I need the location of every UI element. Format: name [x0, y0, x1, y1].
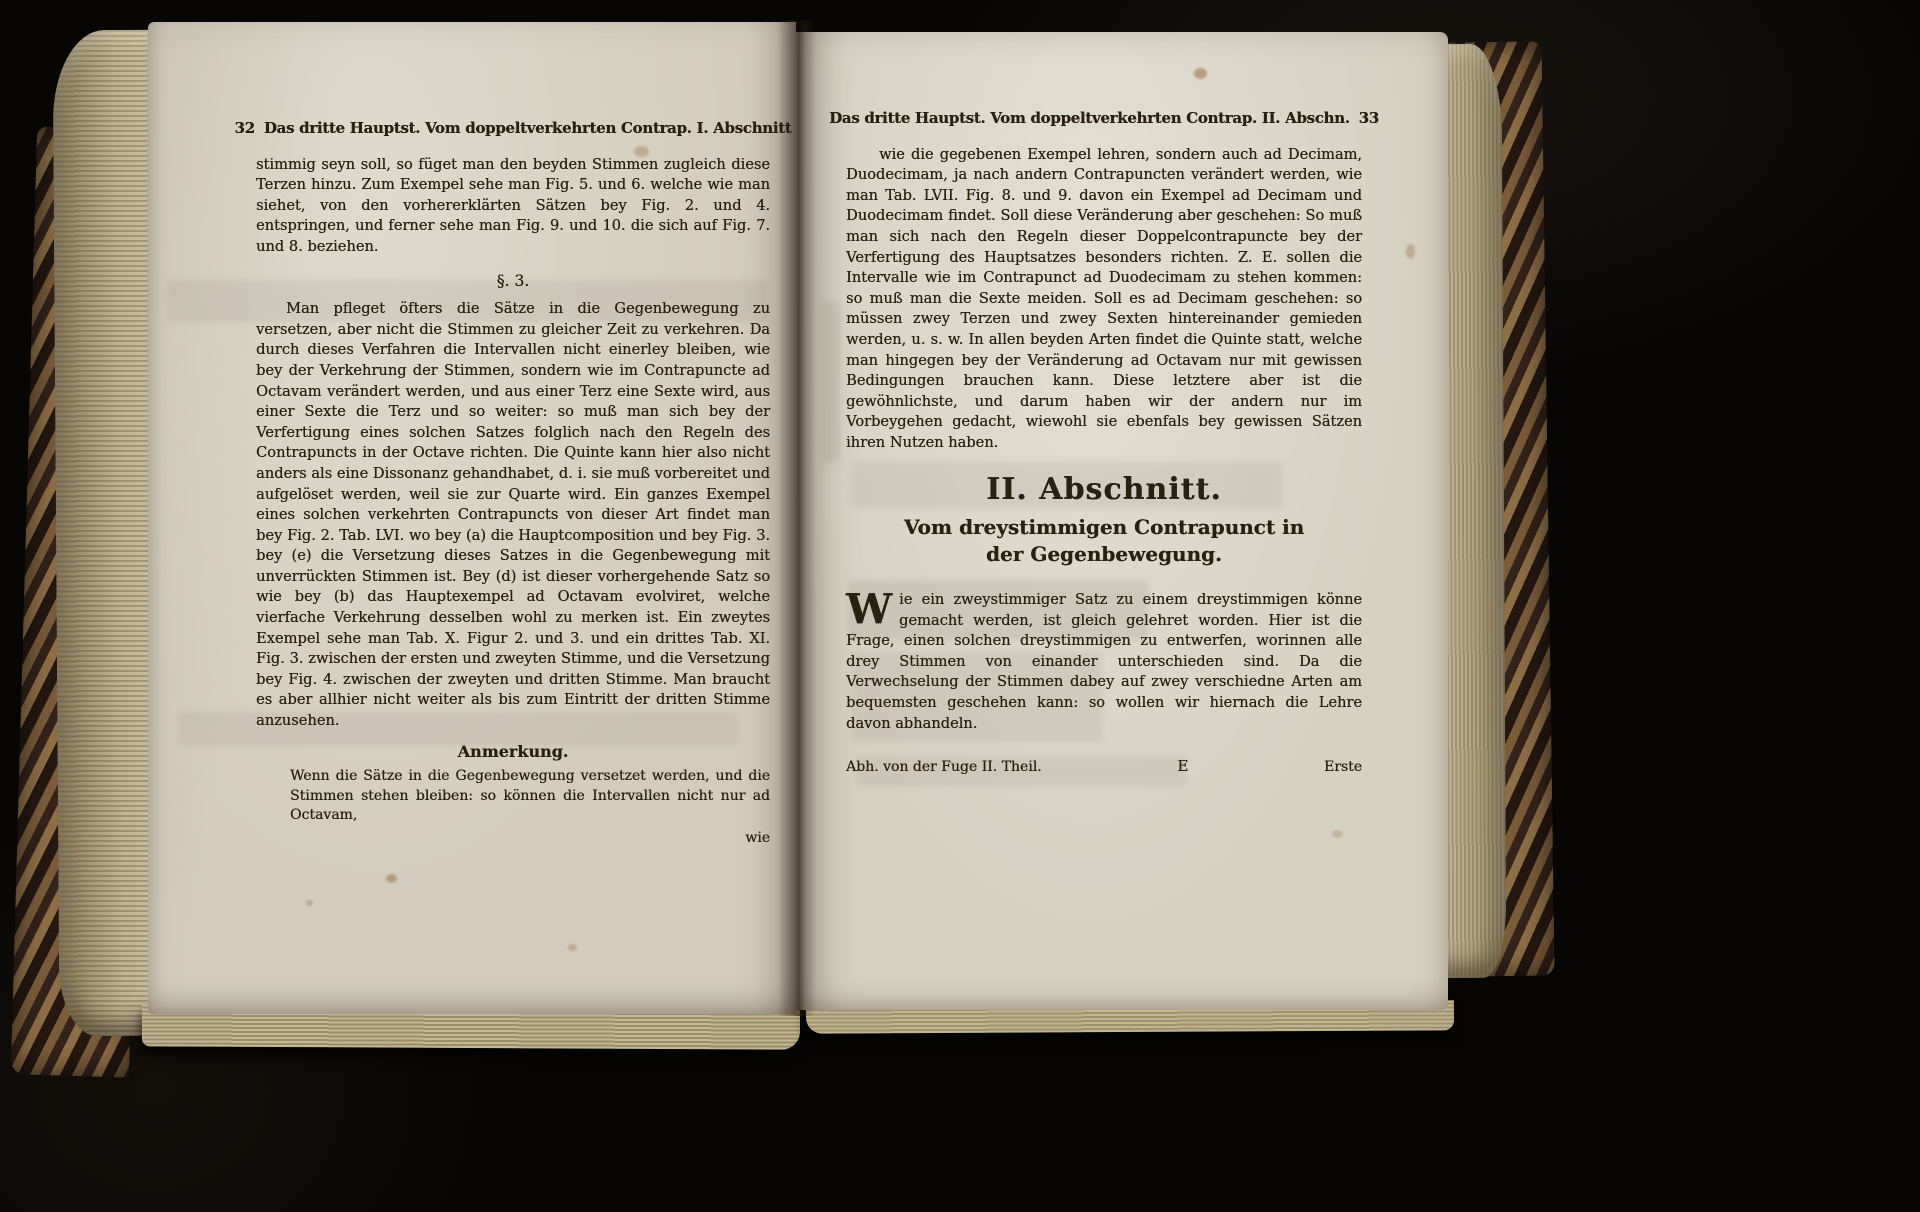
left-paragraph-continuation: stimmig seyn soll, so füget man den beyd…: [256, 155, 770, 258]
chapter-subheading: Vom dreystimmigen Contrapunct in der Geg…: [888, 514, 1320, 568]
note-paragraph: Wenn die Sätze in die Gegenbewegung vers…: [290, 767, 770, 826]
right-paragraph-continuation: wie die gegebenen Exempel lehren, sonder…: [846, 145, 1362, 454]
opening-paragraph-text: ie ein zweystimmiger Satz zu einem dreys…: [846, 591, 1362, 732]
note-heading: Anmerkung.: [256, 742, 770, 763]
left-page-number: 32: [235, 118, 255, 139]
left-page: 32 Das dritte Hauptst. Vom doppeltverkeh…: [148, 22, 796, 1014]
left-running-head: 32 Das dritte Hauptst. Vom doppeltverkeh…: [256, 118, 770, 139]
right-page-number: 33: [1359, 108, 1379, 129]
right-running-head: Das dritte Hauptst. Vom doppeltverkehrte…: [846, 108, 1362, 129]
signature-title: Abh. von der Fuge II. Theil.: [846, 757, 1042, 778]
right-page-text-block: Das dritte Hauptst. Vom doppeltverkehrte…: [846, 108, 1362, 778]
opening-paragraph: Wie ein zweystimmiger Satz zu einem drey…: [846, 590, 1362, 734]
chapter-heading: II. Abschnitt.: [846, 480, 1362, 501]
right-running-head-title: Das dritte Hauptst. Vom doppeltverkehrte…: [829, 108, 1350, 129]
left-section-paragraph: Man pfleget öfters die Sätze in die Gege…: [256, 299, 770, 731]
left-page-text-block: 32 Das dritte Hauptst. Vom doppeltverkeh…: [256, 118, 770, 849]
right-page: Das dritte Hauptst. Vom doppeltverkehrte…: [796, 32, 1448, 1010]
gathering-mark: E: [1177, 756, 1188, 777]
book-photograph: 32 Das dritte Hauptst. Vom doppeltverkeh…: [0, 0, 1920, 1212]
left-catchword: wie: [256, 828, 770, 849]
left-running-head-title: Das dritte Hauptst. Vom doppeltverkehrte…: [264, 118, 792, 139]
right-page-footer: Abh. von der Fuge II. Theil. E Erste: [846, 756, 1362, 778]
book-gutter-shadow: [778, 20, 816, 1016]
right-catchword: Erste: [1324, 757, 1362, 778]
section-mark: §. 3.: [256, 271, 770, 292]
dropcap-initial: W: [846, 593, 892, 626]
